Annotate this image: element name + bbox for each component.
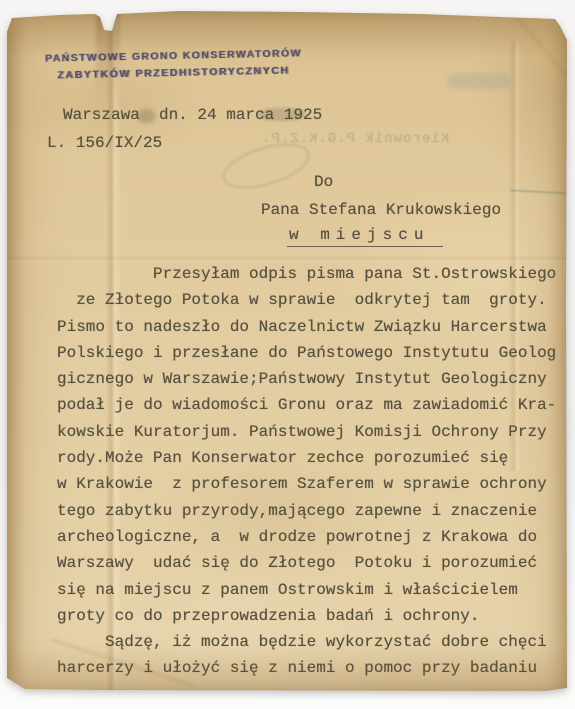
top-right-crease	[499, 0, 575, 116]
recipient-salutation: Do	[314, 173, 333, 191]
body-line: Sądzę, iż można będzie wykorzystać dobre…	[57, 629, 565, 655]
body-line: ze Złotego Potoka w sprawie odkrytej tam…	[57, 287, 565, 313]
body-line: Warszawy udać się do Złotego Potoku i po…	[57, 550, 565, 576]
body-line: tego zabytku przyrody,mającego zapewne i…	[57, 498, 565, 524]
ink-bleedthrough-mark	[447, 73, 511, 89]
body-line: się na miejscu z panem Ostrowskim i właś…	[57, 577, 565, 603]
body-line: Pismo to nadeszło do Naczelnictw Związku…	[57, 314, 565, 340]
body-line: podał je do wiadomości Gronu oraz ma zaw…	[57, 392, 565, 418]
recipient-name: Pana Stefana Krukowskiego	[261, 201, 501, 219]
body-line: harcerzy i ułożyć się z niemi o pomoc pr…	[57, 655, 565, 681]
pencil-mark	[510, 189, 574, 194]
body-line: gicznego w Warszawie;Państwowy Instytut …	[57, 366, 565, 392]
office-stamp: PAŃSTWOWE GRONO KONSERWATORÓW ZABYTKÓW P…	[45, 47, 302, 81]
body-line: Przesyłam odpis pisma pana St.Ostrowskie…	[57, 261, 565, 287]
stamp-text-line2: ZABYTKÓW PRZEDHISTORYCZNYCH	[57, 64, 302, 81]
reference-number: L. 156/IX/25	[47, 134, 162, 152]
scanned-letter-view: Kierownik P.G.K.Z.P. PAŃSTWOWE GRONO KON…	[0, 0, 575, 709]
body-lines: Przesyłam odpis pisma pana St.Ostrowskie…	[57, 261, 565, 682]
body-line: rody.Może Pan Konserwator zechce porozum…	[57, 445, 565, 471]
body-line: groty co do przeprowadzenia badań i ochr…	[57, 603, 565, 629]
body-line: w Krakowie z profesorem Szaferem w spraw…	[57, 471, 565, 497]
recipient-delivery-note: w miejscu	[287, 226, 443, 247]
stamp-text-line1: PAŃSTWOWE GRONO KONSERWATORÓW	[45, 47, 302, 64]
body-line: Polskiego i przesłane do Państowego Inst…	[57, 340, 565, 366]
body-line: kowskie Kuratorjum. Państwowej Komisji O…	[57, 419, 565, 445]
letter-page: Kierownik P.G.K.Z.P. PAŃSTWOWE GRONO KON…	[7, 11, 567, 691]
body-line: archeologiczne, a w drodze powrotnej z K…	[57, 524, 565, 550]
dateline: Warszawa dn. 24 marca 1925	[63, 106, 322, 124]
letter-paper-shadow: Kierownik P.G.K.Z.P. PAŃSTWOWE GRONO KON…	[0, 0, 575, 709]
